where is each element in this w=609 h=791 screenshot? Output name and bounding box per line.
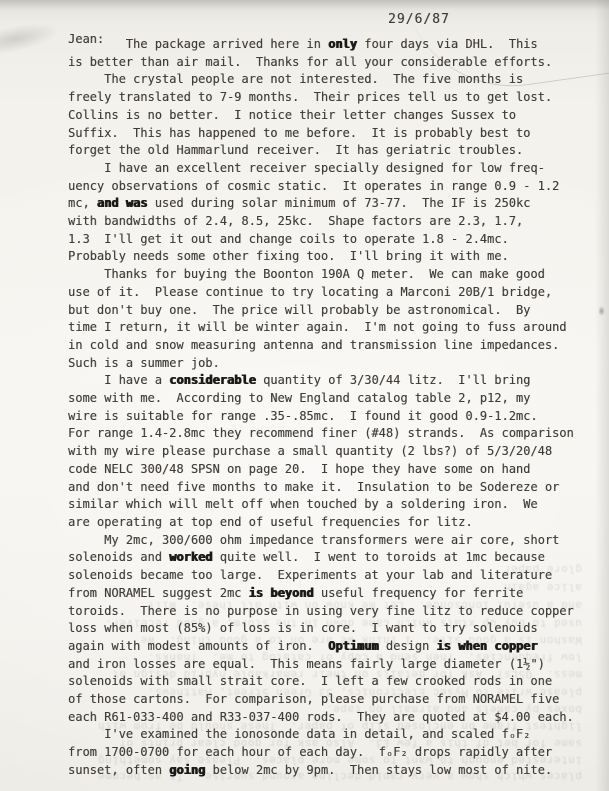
scan-top-shadow: [0, 0, 609, 10]
letter-line: Thanks for buying the Boonton 190A Q met…: [68, 266, 588, 284]
overstruck-text: considerable: [169, 373, 256, 387]
overstruck-text: only: [328, 37, 357, 51]
letter-line: forget the old Hammarlund receiver. It h…: [68, 142, 588, 160]
letter-line: Such is a summer job.: [68, 355, 588, 373]
scan-smudge: [0, 17, 62, 61]
letter-line: Collins is no better. I notice their let…: [68, 107, 588, 125]
letter-line: and don't need five months to make it. I…: [68, 479, 588, 497]
overstruck-text: is beyond: [249, 586, 314, 600]
scan-edge-shadow: [595, 0, 609, 791]
letter-line: with bandwidths of 2.4, 8.5, 25kc. Shape…: [68, 213, 588, 231]
letter-line: again with modest amounts of iron. Optim…: [68, 638, 588, 656]
letter-date: 29/6/87: [388, 12, 450, 27]
letter-line: from 1700-0700 for each hour of each day…: [68, 744, 588, 762]
letter-line: Suffix. This has happened to me before. …: [68, 125, 588, 143]
letter-line: I have an excellent receiver specially d…: [68, 160, 588, 178]
letter-line: some with me. According to New England c…: [68, 390, 588, 408]
letter-line: mc, and was used during solar minimum of…: [68, 195, 588, 213]
letter-line: loss when most (85%) of loss is in core.…: [68, 620, 588, 638]
letter-line: of those cartons. For comparison, please…: [68, 691, 588, 709]
letter-line: each R61-033-400 and R33-037-400 rods. T…: [68, 709, 588, 727]
letter-line: similar which will melt off when touched…: [68, 496, 588, 514]
letter-line: Probably needs some other fixing too. I'…: [68, 248, 588, 266]
letter-line: The package arrived here in only four da…: [68, 36, 588, 54]
ink-speck: [598, 306, 605, 316]
letter-body: The package arrived here in only four da…: [68, 36, 588, 780]
letter-line: use of it. Please continue to try locati…: [68, 284, 588, 302]
overstruck-text: and was: [97, 196, 148, 210]
overstruck-text: is when copper: [436, 639, 537, 653]
overstruck-text: going: [169, 763, 205, 777]
letter-line: I have a considerable quantity of 3/30/4…: [68, 372, 588, 390]
letter-line: from NORAMEL suggest 2mc is beyond usefu…: [68, 585, 588, 603]
letter-line: solenoids became too large. Experiments …: [68, 567, 588, 585]
letter-line: but don't buy one. The price will probab…: [68, 302, 588, 320]
letter-line: in cold and snow measuring antenna and t…: [68, 337, 588, 355]
letter-line: with my wire please purchase a small qua…: [68, 443, 588, 461]
overstruck-text: worked: [169, 550, 212, 564]
letter-line: freely translated to 7-9 months. Their p…: [68, 89, 588, 107]
letter-line: The crystal people are not interested. T…: [68, 71, 588, 89]
scanned-letter-page: 29/6/87 Jean: glore paperalice againand …: [0, 0, 609, 791]
letter-line: is better than air mail. Thanks for all …: [68, 54, 588, 72]
letter-line: My 2mc, 300/600 ohm impedance transforme…: [68, 532, 588, 550]
letter-line: and iron losses are equal. This means fa…: [68, 656, 588, 674]
letter-line: time I return, it will be winter again. …: [68, 319, 588, 337]
letter-line: For range 1.4-2.8mc they recommend finer…: [68, 425, 588, 443]
letter-line: solenoids with small strait core. I left…: [68, 673, 588, 691]
letter-line: code NELC 300/48 SPSN on page 20. I hope…: [68, 461, 588, 479]
letter-line: uency observations of cosmic static. It …: [68, 178, 588, 196]
letter-line: 1.3 I'll get it out and change coils to …: [68, 231, 588, 249]
letter-line: are operating at top end of useful frequ…: [68, 514, 588, 532]
letter-line: sunset, often going below 2mc by 9pm. Th…: [68, 762, 588, 780]
letter-line: solenoids and worked quite well. I went …: [68, 549, 588, 567]
letter-line: I've examined the ionosonde data in deta…: [68, 726, 588, 744]
overstruck-text: Optimum: [328, 639, 379, 653]
letter-line: toroids. There is no purpose in using ve…: [68, 603, 588, 621]
letter-line: wire is suitable for range .35-.85mc. I …: [68, 408, 588, 426]
